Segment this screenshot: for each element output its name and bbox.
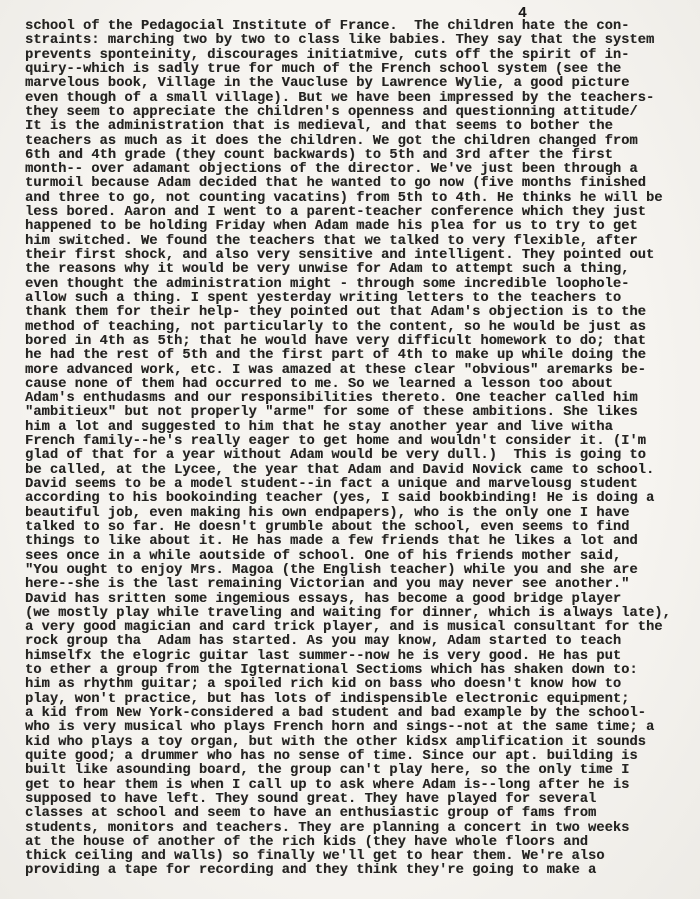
typed-line: be called, at the Lycee, the year that A… (25, 464, 695, 478)
typed-line: according to his bookoinding teacher (ye… (25, 492, 695, 506)
typed-line: play, won't practice, but has lots of in… (25, 693, 695, 707)
typed-line: providing a tape for recording and they … (25, 864, 695, 878)
typed-line: him as rhythm guitar; a spoiled rich kid… (25, 678, 695, 692)
typed-line: rock group tha Adam has started. As you … (25, 635, 695, 649)
typed-line: beautiful job, even making his own endpa… (25, 507, 695, 521)
typed-line: It is the administration that is medieva… (25, 120, 695, 134)
typed-line: him switched. We found the teachers that… (25, 235, 695, 249)
typed-line: turmoil because Adam decided that he wan… (25, 177, 695, 191)
typed-line: students, monitors and teachers. They ar… (25, 822, 695, 836)
typed-line: marvelous book, Village in the Vaucluse … (25, 77, 695, 91)
typed-line: David has sritten some ingemious essays,… (25, 593, 695, 607)
typed-line: here--she is the last remaining Victoria… (25, 578, 695, 592)
typed-line: and three to go, not counting vacatins) … (25, 192, 695, 206)
typed-line: 6th and 4th grade (they count backwards)… (25, 149, 695, 163)
typed-line: at the house of another of the rich kids… (25, 836, 695, 850)
typed-line: him a lot and suggested to him that he s… (25, 421, 695, 435)
letter-body: school of the Pedagocial Institute of Fr… (25, 20, 695, 879)
typed-line: classes at school and seem to have an en… (25, 807, 695, 821)
typed-line: kid who plays a toy organ, but with the … (25, 736, 695, 750)
typed-line: more advanced work, etc. I was amazed at… (25, 364, 695, 378)
typed-line: prevents sponteinity, discourages initia… (25, 49, 695, 63)
typed-line: cause none of them had occurred to me. S… (25, 378, 695, 392)
typed-line: "ambitieux" but not properly "arme" for … (25, 406, 695, 420)
typed-line: things to like about it. He has made a f… (25, 535, 695, 549)
typed-line: method of teaching, not particularly to … (25, 321, 695, 335)
typed-line: the reasons why it would be very unwise … (25, 263, 695, 277)
typed-line: glad of that for a year without Adam wou… (25, 449, 695, 463)
typed-line: he had the rest of 5th and the first par… (25, 349, 695, 363)
typed-line: straints: marching two by two to class l… (25, 34, 695, 48)
typed-line: even though of a small village). But we … (25, 92, 695, 106)
typed-line: built like asounding board, the group ca… (25, 764, 695, 778)
typed-line: get to hear them is when I call up to as… (25, 779, 695, 793)
typed-line: teachers as much as it does the children… (25, 135, 695, 149)
letter-page: 4 school of the Pedagocial Institute of … (0, 0, 700, 899)
typed-line: happened to be holding Friday when Adam … (25, 220, 695, 234)
typed-line: (we mostly play while traveling and wait… (25, 607, 695, 621)
typed-line: who is very musical who plays French hor… (25, 721, 695, 735)
typed-line: thank them for their help- they pointed … (25, 306, 695, 320)
typed-line: sees once in a while aoutside of school.… (25, 550, 695, 564)
typed-line: himselfx the elogric guitar last summer-… (25, 650, 695, 664)
typed-line: even thought the administration might - … (25, 278, 695, 292)
